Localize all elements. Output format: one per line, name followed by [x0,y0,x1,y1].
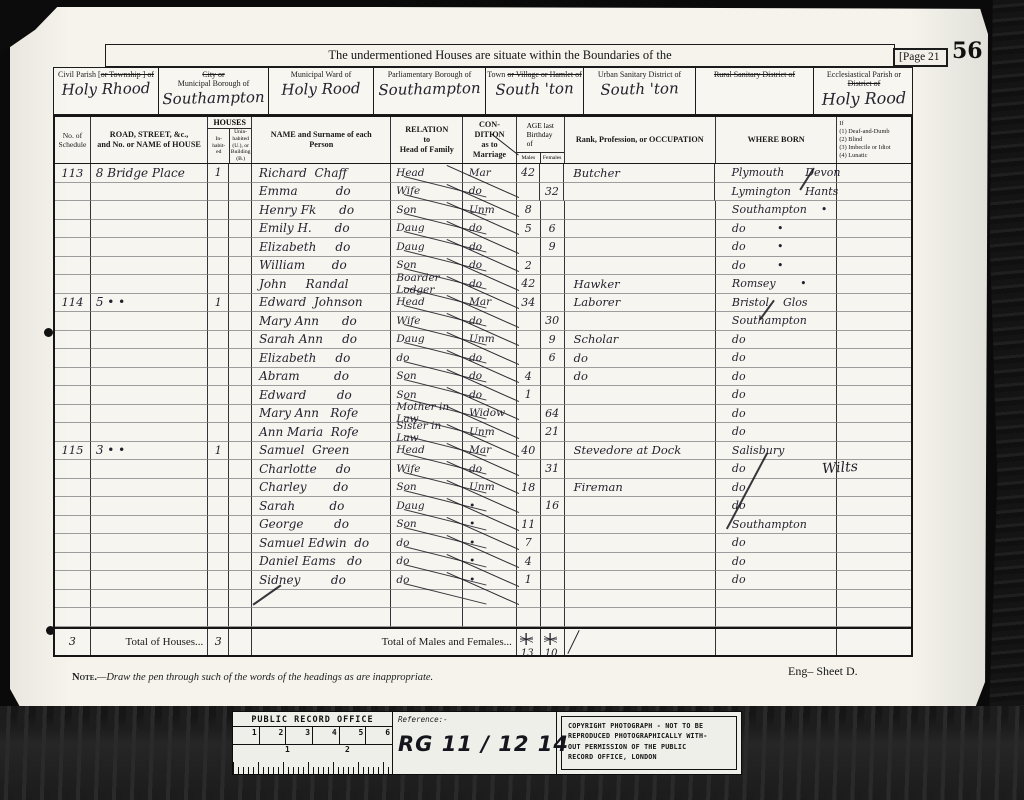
occupation [565,405,716,424]
census-person-row: Daniel Eams do do • 4 do [55,553,911,572]
relation-to-head: Son [391,368,463,387]
copyright-line: COPYRIGHT PHOTOGRAPH - NOT TO BE [568,721,732,731]
age-male [517,460,541,479]
occupation: do [565,368,716,387]
age-male: 34 [517,294,541,313]
age-male [517,405,541,424]
census-person-row: 113 8 Bridge Place 1 Richard Chaff Head … [55,164,911,183]
houses-inhabited [208,312,229,331]
houses-uninhabited [229,516,252,535]
person-name: Charley do [252,479,391,498]
inch-mark: 1 [233,727,260,744]
disability [837,571,911,590]
marriage-condition: Mar [463,294,517,313]
road-street [91,312,208,331]
houses-inhabited [208,368,229,387]
person-name: Sarah do [252,497,391,516]
occupation [564,183,715,202]
age-female: 31 [541,460,565,479]
census-person-row: George do Son • 11 Southampton [55,516,911,535]
disability [837,220,911,239]
houses-uninhabited [229,238,252,257]
relation-col-header: RELATION to Head of Family [391,117,463,163]
age-female: 6 [541,349,565,368]
census-person-row: Emma do Wife do 32 Lymington Hants [55,183,911,202]
schedule-number [55,312,91,331]
schedule-number [55,405,91,424]
schedule-number [55,275,91,294]
inch-mark: 3 [286,727,313,744]
disability [837,331,911,350]
age-male: 5 [517,220,541,239]
road-street [91,349,208,368]
road-street [91,479,208,498]
where-born: Southampton • [716,201,837,220]
where-born: Romsey • [716,275,837,294]
disability [837,608,911,627]
houses-inhabited [208,220,229,239]
disability [837,294,911,313]
schedule-number [55,497,91,516]
marriage-condition: Unm [463,479,517,498]
marriage-condition [463,608,517,627]
relation-to-head: Wife [391,312,463,331]
age-female [541,534,565,553]
relation-to-head: Daug [391,220,463,239]
census-person-row: Elizabeth do do do 6 do do [55,349,911,368]
district-header-row: Civil Parish [or Township ] of Holy Rhoo… [53,67,913,115]
pen-check-stroke [567,630,579,654]
age-female: 9 [541,238,565,257]
road-street [91,331,208,350]
schedule-number [55,608,91,627]
age-male [517,423,541,442]
copyright-notice: COPYRIGHT PHOTOGRAPH - NOT TO BE REPRODU… [561,716,737,770]
person-name: Edward Johnson [252,294,391,313]
age-female [541,257,565,276]
road-street [91,386,208,405]
relation-to-head: do [391,349,463,368]
schedule-number [55,571,91,590]
cm-mark: 2 [345,745,350,754]
age-female [541,590,565,609]
municipal-ward-cell: Municipal Ward of Holy Rood [269,68,374,114]
totals-margin-value: 3 [55,629,91,655]
where-born: do [716,368,837,387]
occupation [565,238,716,257]
age-male: 1 [517,571,541,590]
parliamentary-borough-cell: Parliamentary Borough of Southampton [374,68,486,114]
person-name: Sarah Ann do [252,331,391,350]
houses-uninhabited [229,590,252,609]
person-name: Elizabeth do [252,238,391,257]
age-female [541,571,565,590]
houses-uninhabited [229,368,252,387]
census-person-row: Sidney do do • 1 do [55,571,911,590]
marriage-condition: do [463,220,517,239]
occupation [565,590,716,609]
scan-edge-top [0,0,1024,7]
eng-sheet-label: Eng– Sheet D. [788,664,858,679]
census-person-row: Samuel Edwin do do • 7 do [55,534,911,553]
age-female [541,553,565,572]
schedule-number: 113 [55,164,91,183]
person-name: Henry Fk do [252,201,391,220]
age-female [541,442,565,461]
houses-inhabited [208,238,229,257]
marriage-condition: Unm [463,201,517,220]
schedule-number [55,331,91,350]
road-street [91,590,208,609]
schedule-number [55,423,91,442]
occupation: Butcher [564,164,715,183]
relation-to-head: do [391,553,463,572]
wilts-annotation: Wilts [821,459,858,477]
where-born: do [716,349,837,368]
marriage-condition: do [463,386,517,405]
occupation: do [565,349,716,368]
road-street [91,516,208,535]
census-person-row: Sarah do Daug • 16 do [55,497,911,516]
civil-parish-value: Holy Rhood [54,79,158,99]
occupation [565,497,716,516]
relation-to-head: Daug [391,497,463,516]
age-group-label: AGE last Birthday of [517,117,564,152]
where-born: do [716,479,837,498]
schedule-number [55,460,91,479]
scan-edge-right [986,0,1024,800]
person-name: Emma do [252,183,391,202]
age-female [541,294,565,313]
relation-to-head: Sister in Law [391,423,463,442]
ruler-centimetres: 1 2 [233,745,392,774]
disability [837,275,911,294]
census-person-row: 114 5 • • 1 Edward Johnson Head Mar 34 L… [55,294,911,313]
road-street [91,423,208,442]
inhabited-subheader: In- habit- ed [208,129,230,163]
urban-sanitary-value: South 'ton [584,79,695,99]
census-person-row: Elizabeth do Daug do 9 do • [55,238,911,257]
occupation: Laborer [565,294,716,313]
uninhabited-subheader: Unin- habited (U.), or Building (B.) [230,129,251,163]
census-person-row: Mary Ann Rofe Mother in Law Widow 64 do [55,405,911,424]
occupation [565,553,716,572]
houses-uninhabited [229,571,252,590]
houses-uninhabited [229,534,252,553]
where-born [716,608,837,627]
marriage-condition: • [463,534,517,553]
reference-value: RG 11 / 12 14 [398,732,551,756]
inch-mark: 2 [260,727,287,744]
houses-inhabited: 1 [208,294,229,313]
census-person-row [55,590,911,609]
marriage-condition [463,590,517,609]
age-male [517,238,541,257]
municipal-borough-label: City or Municipal Borough of [159,68,268,88]
schedule-number: 115 [55,442,91,461]
relation-to-head: do [391,571,463,590]
disability [837,590,911,609]
houses-inhabited [208,349,229,368]
schedule-number [55,220,91,239]
age-male: 11 [517,516,541,535]
road-street [91,405,208,424]
road-street [91,368,208,387]
age-male: 4 [517,368,541,387]
houses-inhabited [208,257,229,276]
houses-inhabited [208,331,229,350]
occupation [565,201,716,220]
road-col-header: ROAD, STREET, &c., and No. or NAME of HO… [91,117,208,163]
marriage-condition: Mar [463,442,517,461]
age-female [541,516,565,535]
total-houses-label: Total of Houses... [91,629,208,655]
person-name: Sidney do [252,571,391,590]
occupation [565,423,716,442]
census-person-row: Abram do Son do 4 do do [55,368,911,387]
total-males-females-label: Total of Males and Females... [252,629,517,655]
marriage-condition: do [463,257,517,276]
marriage-condition: • [463,553,517,572]
where-born: do [716,534,837,553]
age-male: 42 [517,164,541,183]
person-name: John Randal [252,275,391,294]
person-name [252,608,391,627]
age-male: 42 [517,275,541,294]
houses-inhabited [208,423,229,442]
females-subheader: Females [541,153,564,163]
person-name: William do [252,257,391,276]
age-male: 4 [517,553,541,572]
person-name: Daniel Eams do [252,553,391,572]
houses-uninhabited [229,201,252,220]
age-female: 16 [541,497,565,516]
marriage-condition: Widow [463,405,517,424]
schedule-col-header: No. of Schedule [55,117,91,163]
houses-inhabited [208,460,229,479]
houses-inhabited [208,405,229,424]
age-female [541,275,565,294]
age-male: 40 [517,442,541,461]
census-person-row: William do Son do 2 do • [55,257,911,276]
disability [837,479,911,498]
disability [837,423,911,442]
disability [837,386,911,405]
disability [837,553,911,572]
where-born: do [716,497,837,516]
schedule-number [55,257,91,276]
rural-sanitary-label: Rural Sanitary District of [696,68,813,79]
road-street: 5 • • [91,294,208,313]
age-male [517,608,541,627]
person-name: Samuel Green [252,442,391,461]
houses-inhabited: 1 [208,164,229,183]
road-street: 8 Bridge Place [91,164,208,183]
census-table: No. of Schedule ROAD, STREET, &c., and N… [53,115,913,657]
age-female [540,164,564,183]
table-title: The undermentioned Houses are situate wi… [105,44,895,67]
occupation [565,516,716,535]
houses-inhabited [208,479,229,498]
person-name: Samuel Edwin do [252,534,391,553]
disability [837,405,911,424]
occupation: Stevedore at Dock [565,442,716,461]
where-born: Salisbury [716,442,837,461]
schedule-number [55,238,91,257]
age-female [541,479,565,498]
houses-uninhabited [229,220,252,239]
houses-uninhabited [229,183,252,202]
parliamentary-borough-value: Southampton [374,79,485,99]
ruler-inches: 1 2 3 4 5 6 [233,727,392,745]
age-female: 21 [541,423,565,442]
houses-uninhabited [229,423,252,442]
males-subheader: Males [517,153,541,163]
occupation [565,257,716,276]
copyright-line: RECORD OFFICE, LONDON [568,752,732,762]
age-male [517,497,541,516]
where-born: do • [716,238,837,257]
totals-empty-cell [229,629,252,655]
where-born: do • [716,220,837,239]
person-name: Elizabeth do [252,349,391,368]
where-born: Southampton [716,516,837,535]
occupation: Hawker [565,275,716,294]
houses-uninhabited [229,442,252,461]
reference-label: Reference:- [398,715,551,724]
where-born: do • [716,257,837,276]
houses-inhabited [208,497,229,516]
schedule-number [55,590,91,609]
census-person-row: Sarah Ann do Daug Unm 9 Scholar do [55,331,911,350]
schedule-number: 114 [55,294,91,313]
houses-inhabited [208,534,229,553]
relation-to-head: Head [391,294,463,313]
where-born [716,590,837,609]
schedule-number [55,183,91,202]
disability [837,257,911,276]
where-born: Southampton [716,312,837,331]
where-born: do [716,460,837,479]
houses-uninhabited [229,312,252,331]
relation-to-head: Head [391,442,463,461]
census-person-row: 115 3 • • 1 Samuel Green Head Mar 40 Ste… [55,442,911,461]
occupation [565,460,716,479]
age-female: 30 [541,312,565,331]
road-street: 3 • • [91,442,208,461]
houses-inhabited [208,183,229,202]
disability [837,516,911,535]
schedule-number [55,349,91,368]
relation-to-head: Daug [391,331,463,350]
disability [837,183,911,202]
census-person-row: Edward do Son do 1 do [55,386,911,405]
age-male: 18 [517,479,541,498]
page-number-box: [Page 21 [893,48,948,67]
age-male: 2 [517,257,541,276]
relation-to-head: Daug [391,238,463,257]
houses-uninhabited [229,349,252,368]
census-person-row: Emily H. do Daug do 5 6 do • [55,220,911,239]
rural-sanitary-cell: Rural Sanitary District of [696,68,814,114]
person-name: Edward do [252,386,391,405]
disability [837,349,911,368]
occupation [565,534,716,553]
where-born: do [716,331,837,350]
relation-to-head: Son [391,479,463,498]
age-male [517,312,541,331]
person-name: Richard Chaff [252,164,391,183]
condition-col-header: CON- DITION as to Marriage [463,117,517,163]
marriage-condition: Unm [463,331,517,350]
census-scan: 56 [Page 21 The undermentioned Houses ar… [0,0,1024,800]
houses-inhabited [208,516,229,535]
age-male [517,590,541,609]
person-name: Ann Maria Rofe [252,423,391,442]
where-born: do [716,386,837,405]
road-street [91,571,208,590]
town-village-label: Town or Village or Hamlet of [486,68,583,79]
relation-to-head: Son [391,516,463,535]
age-female [541,608,565,627]
inch-mark: 4 [313,727,340,744]
census-person-row: John Randal Boarder Lodger do 42 Hawker … [55,275,911,294]
houses-uninhabited [229,497,252,516]
disability [837,238,911,257]
urban-sanitary-label: Urban Sanitary District of [584,68,695,79]
town-village-cell: Town or Village or Hamlet of South 'ton [486,68,584,114]
ecclesiastical-parish-value: Holy Rood [814,88,914,109]
marriage-condition: • [463,497,517,516]
houses-uninhabited [229,331,252,350]
houses-inhabited: 1 [208,442,229,461]
marriage-condition: Mar [463,164,517,183]
reference-section: Reference:- RG 11 / 12 14 [393,712,557,774]
person-name: George do [252,516,391,535]
inch-mark: 5 [340,727,367,744]
road-street [91,534,208,553]
census-person-row [55,608,911,627]
copyright-line: OUT PERMISSION OF THE PUBLIC [568,742,732,752]
census-rows: 113 8 Bridge Place 1 Richard Chaff Head … [55,164,911,627]
occupation: Scholar [565,331,716,350]
road-street [91,257,208,276]
disability [837,201,911,220]
census-person-row: Charley do Son Unm 18 Fireman do [55,479,911,498]
houses-inhabited [208,201,229,220]
age-male [517,349,541,368]
relation-to-head: Boarder Lodger [391,275,463,294]
where-born: Bristol Glos [716,294,837,313]
inch-mark: 6 [366,727,392,744]
marriage-condition: Unm [463,423,517,442]
census-person-row: Ann Maria Rofe Sister in Law Unm 21 do [55,423,911,442]
occupation-col-header: Rank, Profession, or OCCUPATION [565,117,716,163]
road-street [91,497,208,516]
marriage-condition: do [463,368,517,387]
where-born-col-header: WHERE BORN [716,117,837,163]
census-person-row: Mary Ann do Wife do 30 Southampton [55,312,911,331]
marriage-condition: • [463,571,517,590]
totals-born-cell [716,629,837,655]
road-street [91,553,208,572]
municipal-borough-cell: City or Municipal Borough of Southampton [159,68,269,114]
relation-to-head: Wife [391,460,463,479]
marriage-condition: do [463,349,517,368]
disability [837,534,911,553]
copyright-line: REPRODUCED PHOTOGRAPHICALLY WITH- [568,731,732,741]
age-female [541,201,565,220]
